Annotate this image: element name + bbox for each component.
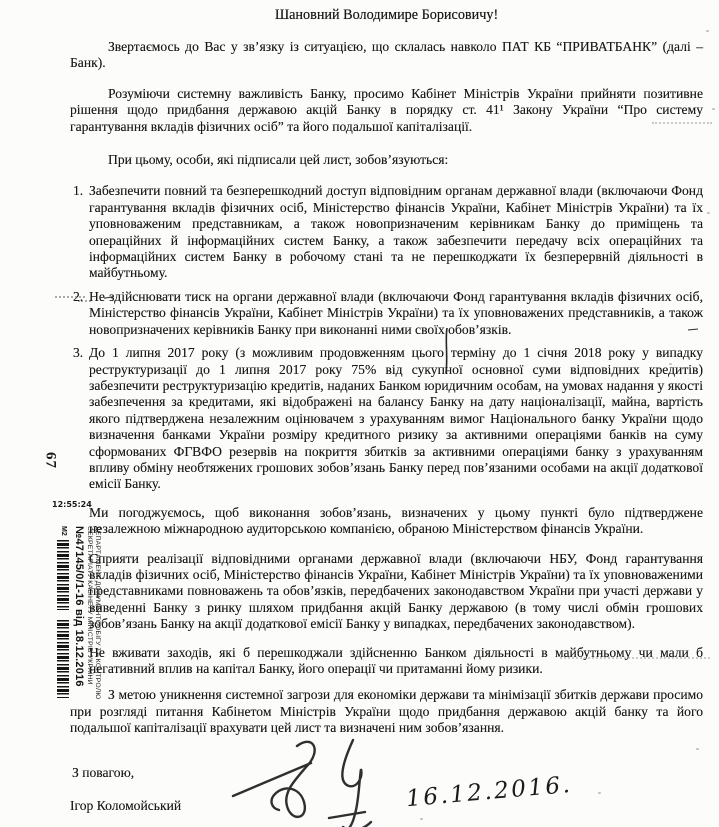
registration-stamp: ДЕПАРТАМЕНТ ДОКУМЕНТООБІГУ ТА КОНТРОЛЮ С… xyxy=(57,526,101,714)
intro-paragraph-1: Звертаємось до Вас у зв’язку із ситуаціє… xyxy=(70,39,703,72)
signatory-name: Ігор Коломойський xyxy=(70,798,181,814)
obligation-item-2: 2. Не здійснювати тиск на органи державн… xyxy=(70,289,703,338)
letter-salutation: Шановний Володимире Борисовичу! xyxy=(70,7,703,24)
scan-speck xyxy=(669,363,672,365)
no-harm-paragraph: Не вживати заходів, які б перешкоджали з… xyxy=(89,645,703,678)
obligation-text: Забезпечити повний та безперешкодний дос… xyxy=(89,183,703,281)
audit-paragraph: Ми погоджуємось, щоб виконання зобов’яза… xyxy=(89,505,703,538)
registration-barcode xyxy=(58,620,70,698)
obligation-number: 1. xyxy=(73,183,89,281)
obligations-list: 1. Забезпечити повний та безперешкодний … xyxy=(70,183,703,492)
signature-scribble xyxy=(225,736,377,827)
scan-speck xyxy=(712,108,715,110)
pen-mark xyxy=(55,296,85,298)
registration-barcode xyxy=(58,540,70,610)
obligation-text: До 1 липня 2017 року (з можливим продовж… xyxy=(89,345,703,493)
obligation-item-1: 1. Забезпечити повний та безперешкодний … xyxy=(70,183,703,281)
scan-speck xyxy=(598,792,601,794)
stamp-department-line1: ДЕПАРТАМЕНТ ДОКУМЕНТООБІГУ ТА КОНТРОЛЮ xyxy=(93,526,101,714)
scan-speck xyxy=(707,212,710,214)
letter-body: Шановний Володимире Борисовичу! Звертаєм… xyxy=(70,0,703,737)
stamp-registration-number: №47145/0/1-16 від 18.12.2016 xyxy=(72,526,85,714)
pen-mark xyxy=(78,300,91,302)
scan-speck xyxy=(420,818,423,820)
valediction: З повагою, xyxy=(72,765,134,781)
intro-paragraph-2: Розуміючи системну важливість Банку, про… xyxy=(70,86,703,135)
obligation-text: Не здійснювати тиск на органи державної … xyxy=(89,289,703,338)
scan-speck xyxy=(706,30,709,32)
obligation-number: 3. xyxy=(73,345,89,493)
scan-time-label: 12:55:24 xyxy=(52,500,92,509)
scan-speck xyxy=(696,748,699,750)
handwritten-date: 16.12.2016. xyxy=(405,772,573,812)
final-paragraph: З метою уникнення системної загрози для … xyxy=(70,687,703,736)
margin-page-number: 67 xyxy=(42,449,59,473)
pen-mark xyxy=(560,657,710,659)
stamp-department-line2: СЕКРЕТАРІАТУ КАБІНЕТУ МІНІСТРІВ УКРАЇНИ xyxy=(85,526,93,714)
pen-mark xyxy=(443,328,450,373)
stamp-code: М2 xyxy=(60,526,67,536)
scanned-letter-page: Шановний Володимире Борисовичу! Звертаєм… xyxy=(0,0,719,827)
intro-paragraph-3: При цьому, особи, які підписали цей лист… xyxy=(70,152,703,168)
assist-paragraph: Сприяти реалізації відповідними органами… xyxy=(89,551,703,633)
obligation-item-3: 3. До 1 липня 2017 року (з можливим прод… xyxy=(70,345,703,493)
scan-speck xyxy=(652,122,712,124)
stamp-barcode-row: М2 xyxy=(57,526,70,714)
